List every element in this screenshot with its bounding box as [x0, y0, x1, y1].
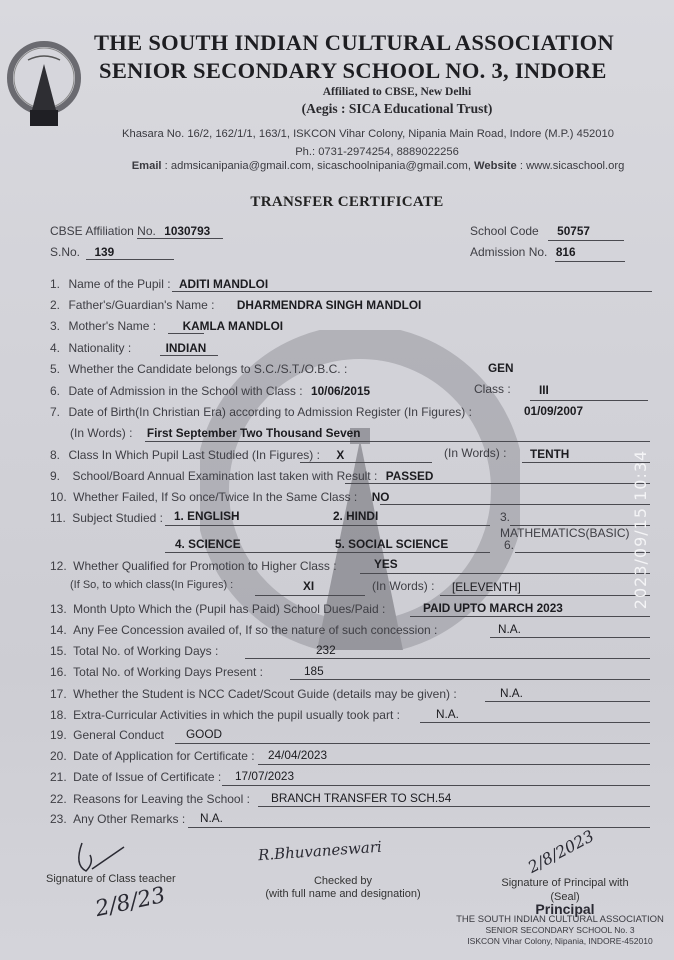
general-conduct-value: GOOD [186, 727, 222, 741]
school-name-line1: THE SOUTH INDIAN CULTURAL ASSOCIATION [94, 30, 664, 56]
field-dues-paid: 13. Month Upto Which the (Pupil has Paid… [50, 600, 385, 618]
admission-number-row: Admission No. 816 [470, 243, 576, 261]
field-number: 20. [50, 749, 67, 763]
field-number: 13. [50, 602, 67, 616]
field-date-of-birth: 7. Date of Birth(In Christian Era) accor… [50, 403, 472, 421]
cbse-affiliation-value: 1030793 [164, 224, 210, 238]
field-number: 2. [50, 298, 60, 312]
field-leaving-reason: 22. Reasons for Leaving the School : [50, 790, 250, 808]
dob-figures-value: 01/09/2007 [524, 404, 583, 418]
field-label: Whether the Candidate belongs to S.C./S.… [68, 362, 347, 376]
promotion-class-label: (If So, to which class(In Figures) : [70, 579, 233, 591]
affiliation-text: Affiliated to CBSE, New Delhi [0, 86, 674, 98]
field-promotion: 12. Whether Qualified for Promotion to H… [50, 557, 337, 575]
dob-words-label: (In Words) : [70, 426, 132, 440]
principal-stamp-line2: SENIOR SECONDARY SCHOOL No. 3 [450, 925, 670, 936]
field-extra-curricular: 18. Extra-Curricular Activities in which… [50, 706, 400, 724]
mother-name-value: KAMLA MANDLOI [183, 319, 283, 333]
promotion-class-value: XI [303, 579, 314, 593]
days-present-value: 185 [304, 664, 324, 678]
field-number: 11. [50, 511, 66, 525]
class-teacher-handwritten-date: 2/8/23 [93, 883, 167, 922]
field-label: Father's/Guardian's Name : [68, 298, 214, 312]
field-label: Any Fee Concession availed of, If so the… [73, 623, 437, 637]
last-class-figures-value: X [336, 448, 344, 462]
admission-number-value: 816 [556, 245, 576, 259]
field-number: 8. [50, 448, 60, 462]
field-label: Whether the Student is NCC Cadet/Scout G… [73, 687, 457, 701]
application-date-value: 24/04/2023 [268, 748, 327, 762]
field-fee-concession: 14. Any Fee Concession availed of, If so… [50, 621, 437, 639]
dob-words-value: First September Two Thousand Seven [147, 426, 360, 440]
principal-stamp-line3: ISKCON Vihar Colony, Nipania, INDORE-452… [450, 936, 670, 947]
field-label: Subject Studied : [72, 511, 163, 525]
field-number: 6. [50, 384, 60, 398]
field-number: 23. [50, 812, 67, 826]
field-number: 21. [50, 770, 67, 784]
field-label: Nationality : [68, 341, 131, 355]
subject-3: MATHEMATICS(BASIC) [500, 526, 630, 540]
aegis-text: (Aegis : SICA Educational Trust) [0, 101, 674, 117]
cbse-affiliation-label: CBSE Affiliation No. [50, 224, 156, 238]
subject-1: 1. ENGLISH [174, 509, 240, 523]
leaving-reason-value: BRANCH TRANSFER TO SCH.54 [271, 791, 451, 805]
field-days-present: 16. Total No. of Working Days Present : [50, 663, 263, 681]
pupil-name-value: ADITI MANDLOI [179, 277, 268, 291]
field-label: Name of the Pupil : [68, 277, 170, 291]
field-number: 4. [50, 341, 60, 355]
field-subjects: 11. Subject Studied : [50, 509, 163, 527]
field-label: Class In Which Pupil Last Studied (In Fi… [68, 448, 319, 462]
field-label: Date of Admission in the School with Cla… [68, 384, 302, 398]
principal-signature-label: Signature of Principal with [480, 877, 650, 889]
principal-signature-date: 2/8/2023 [525, 826, 597, 877]
field-label: Date of Application for Certificate : [73, 749, 254, 763]
field-working-days: 15. Total No. of Working Days : [50, 642, 218, 660]
last-class-words-label: (In Words) : [444, 446, 506, 460]
field-number: 18. [50, 708, 67, 722]
fee-concession-value: N.A. [498, 622, 521, 636]
school-phone: Ph.: 0731-2974254, 8889022256 [0, 146, 674, 158]
field-label: Whether Qualified for Promotion to Highe… [73, 559, 336, 573]
extra-curricular-value: N.A. [436, 707, 459, 721]
school-code-value: 50757 [557, 224, 590, 238]
field-label: Reasons for Leaving the School : [73, 792, 250, 806]
serial-number-value: 139 [94, 245, 114, 259]
exam-result-value: PASSED [386, 469, 434, 483]
last-class-words-value: TENTH [530, 447, 569, 461]
field-application-date: 20. Date of Application for Certificate … [50, 747, 255, 765]
promotion-words-value: [ELEVENTH] [452, 580, 521, 594]
field-father-name: 2. Father's/Guardian's Name : DHARMENDRA… [50, 296, 421, 314]
website-label: Website [474, 160, 517, 172]
issue-date-value: 17/07/2023 [235, 769, 294, 783]
field-number: 15. [50, 644, 67, 658]
field-admission-date: 6. Date of Admission in the School with … [50, 382, 370, 400]
dues-paid-value: PAID UPTO MARCH 2023 [423, 601, 563, 615]
website-value: www.sicaschool.org [526, 160, 624, 172]
checked-by-sub-label: (with full name and designation) [238, 888, 448, 900]
field-label: Month Upto Which the (Pupil has Paid) Sc… [73, 602, 385, 616]
field-label: General Conduct [73, 728, 164, 742]
principal-stamp-line1: THE SOUTH INDIAN CULTURAL ASSOCIATION [450, 914, 670, 925]
email-value: admsicanipania@gmail.com, sicaschoolnipa… [171, 160, 471, 172]
field-label: Date of Issue of Certificate : [73, 770, 221, 784]
field-label: Whether Failed, If So once/Twice In the … [73, 490, 357, 504]
field-failed: 10. Whether Failed, If So once/Twice In … [50, 488, 389, 506]
admission-number-label: Admission No. [470, 245, 547, 259]
school-code-row: School Code 50757 [470, 222, 590, 240]
field-category: 5. Whether the Candidate belongs to S.C.… [50, 360, 347, 378]
dob-words-row: (In Words) : First September Two Thousan… [70, 424, 360, 442]
field-number: 19. [50, 728, 67, 742]
subject-6-number: 6. [504, 538, 514, 552]
photo-timestamp: 2023/09/15 10:34 [631, 450, 650, 609]
school-name-line2: SENIOR SECONDARY SCHOOL NO. 3, INDORE [99, 58, 659, 84]
field-number: 3. [50, 319, 60, 333]
field-label: Date of Birth(In Christian Era) accordin… [68, 405, 472, 419]
subject-4: 4. SCIENCE [175, 537, 241, 551]
father-name-value: DHARMENDRA SINGH MANDLOI [237, 298, 421, 312]
admission-date-value: 10/06/2015 [311, 384, 370, 398]
field-label: Extra-Curricular Activities in which the… [73, 708, 400, 722]
remarks-value: N.A. [200, 811, 223, 825]
field-number: 9. [50, 469, 60, 483]
promotion-words-label: (In Words) : [372, 579, 434, 593]
field-number: 16. [50, 665, 67, 679]
field-general-conduct: 19. General Conduct [50, 726, 164, 744]
field-ncc: 17. Whether the Student is NCC Cadet/Sco… [50, 685, 457, 703]
certificate-title: TRANSFER CERTIFICATE [0, 194, 674, 211]
field-number: 5. [50, 362, 60, 376]
school-address: Khasara No. 16/2, 162/1/1, 163/1, ISKCON… [0, 128, 674, 140]
admission-class-label: Class : [474, 382, 511, 396]
ncc-value: N.A. [500, 686, 523, 700]
nationality-value: INDIAN [166, 341, 207, 355]
field-label: Mother's Name : [68, 319, 156, 333]
subject-3-number: 3. [500, 510, 510, 524]
failed-value: NO [372, 490, 390, 504]
field-number: 10. [50, 490, 67, 504]
promotion-value: YES [374, 557, 398, 571]
category-value: GEN [488, 361, 514, 375]
field-number: 1. [50, 277, 60, 291]
field-label: School/Board Annual Examination last tak… [72, 469, 377, 483]
field-label: Total No. of Working Days Present : [73, 665, 263, 679]
field-number: 17. [50, 687, 67, 701]
working-days-value: 232 [316, 643, 336, 657]
subject-5: 5. SOCIAL SCIENCE [335, 537, 448, 551]
serial-number-label: S.No. [50, 245, 80, 259]
subject-2: 2. HINDI [333, 509, 378, 523]
field-number: 12. [50, 559, 67, 573]
checked-by-label: Checked by [238, 875, 448, 887]
field-number: 7. [50, 405, 60, 419]
field-label: Total No. of Working Days : [73, 644, 218, 658]
field-remarks: 23. Any Other Remarks : [50, 810, 185, 828]
field-issue-date: 21. Date of Issue of Certificate : [50, 768, 221, 786]
admission-class-value: III [539, 383, 549, 397]
field-number: 22. [50, 792, 67, 806]
field-number: 14. [50, 623, 67, 637]
checked-by-signature: R.Bhuvaneswari [258, 838, 383, 865]
school-email-website: Email : admsicanipania@gmail.com, sicasc… [0, 160, 674, 172]
school-code-label: School Code [470, 224, 539, 238]
field-label: Any Other Remarks : [73, 812, 185, 826]
email-label: Email [132, 160, 162, 172]
field-mother-name: 3. Mother's Name : KAMLA MANDLOI [50, 317, 283, 335]
